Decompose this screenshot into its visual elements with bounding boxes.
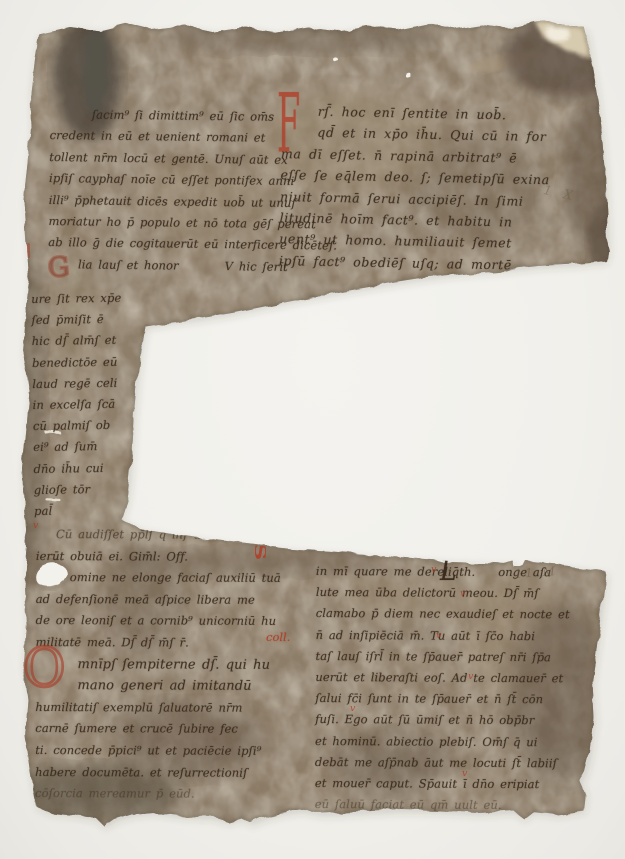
verse-mark-icon: v	[436, 630, 441, 641]
manuscript-line: carnē ſumere et crucē ſubire fec	[35, 718, 315, 741]
manuscript-line: debāt me aſp̄nab āut me locuti ſt̄ labii…	[315, 752, 607, 775]
manuscript-scan: ſacim⁹ ſi dimittim⁹ eū ſic om̄scredent i…	[0, 0, 625, 859]
red-initial-g: G	[47, 253, 70, 281]
manuscript-line: mano generi ad imitandū	[35, 675, 315, 698]
column-bottom-left: Cū audiſſet pp̄lſ q̄ ih̄ſ uenitierūt obu…	[35, 524, 316, 806]
red-rubric-collect: coll.	[266, 630, 290, 644]
manuscript-line: tollent nr̄m locū et gentē. Unuſ aūt ex	[49, 147, 299, 171]
verse-mark-icon: v	[460, 588, 465, 599]
manuscript-line: habere documēta. et reſurrectioniſ	[35, 762, 315, 785]
verse-mark-icon: v	[33, 520, 38, 531]
manuscript-line: ipſiſ cayphaſ noīe cū eſſet pontifex ann…	[49, 168, 299, 192]
manuscript-line: moriatur ho p̄ populo et nō tota gēſ per…	[48, 211, 298, 235]
manuscript-line: clamabo p̄ diem nec exaudieſ et nocte et	[316, 603, 608, 626]
manuscript-line: taſ lauſ iſrl̄ in te ſp̄auer̄ patreſ nr̄…	[315, 646, 607, 669]
verse-mark-icon: v	[350, 703, 355, 714]
manuscript-line: humilitatiſ exemplū ſaluatorē nr̄m	[35, 697, 315, 720]
manuscript-line: omine ne elonge faciaſ auxiliū tuā	[36, 567, 316, 590]
manuscript-line: n̄ ad inſipiēciā m̄. Tu aūt ī ſc̄o habi	[316, 625, 608, 648]
manuscript-line: ure ſit rex xp̄e	[31, 287, 181, 310]
manuscript-line: ab illo ḡ die cogitauerūt eū interficere…	[48, 232, 298, 256]
verse-mark-icon: v	[462, 768, 467, 779]
manuscript-line: ſacim⁹ ſi dimittim⁹ eū ſic om̄s	[50, 104, 300, 128]
manuscript-line: lia lauſ et honor V hic ſerīt	[48, 254, 298, 278]
manuscript-line: ierūt obuiā ei. Gim̄l: Off.	[36, 546, 316, 569]
red-initial-f: F	[277, 84, 300, 165]
verse-mark-icon: v	[431, 564, 436, 575]
manuscript-line: uerūt et liberaſti eoſ. Ad te clamauer̄ …	[315, 667, 607, 690]
manuscript-line: ti. concede p̄pici⁹ ut et paciēcie ipſi⁹	[35, 740, 315, 763]
red-initial-o: O	[23, 641, 66, 696]
manuscript-line: credent in eū et uenient romani et	[49, 125, 299, 149]
manuscript-line: ſalui fc̄i ſunt in te ſp̄auer̄ et n̄ ſt̄…	[315, 688, 607, 711]
manuscript-line: cōſorcia mereamur p̄ eūd.	[35, 783, 315, 806]
manuscript-line: ad defenſionē meā aſpice libera me	[36, 589, 316, 612]
verse-mark-icon: v	[468, 671, 473, 682]
red-margin-tick	[27, 243, 30, 258]
manuscript-line: fuſi. Ego aūt ſū ūmiſ et n̄ hō obp̄br	[315, 709, 607, 732]
column-top-left: ſacim⁹ ſi dimittim⁹ eū ſic om̄scredent i…	[48, 104, 300, 278]
manuscript-line: illi⁹ p̄phetauit dicēs expedit uob̄ ut u…	[49, 190, 299, 214]
manuscript-line: et hominū. abiectio plebiſ. Om̄ſ q̄ ui	[315, 730, 607, 753]
manuscript-line: et mouer̄ caput. Sp̄auit ī dn̄o eripiat	[315, 773, 607, 796]
manuscript-line: mnīpſ ſempiterne dſ̄. qui hu	[35, 654, 315, 677]
